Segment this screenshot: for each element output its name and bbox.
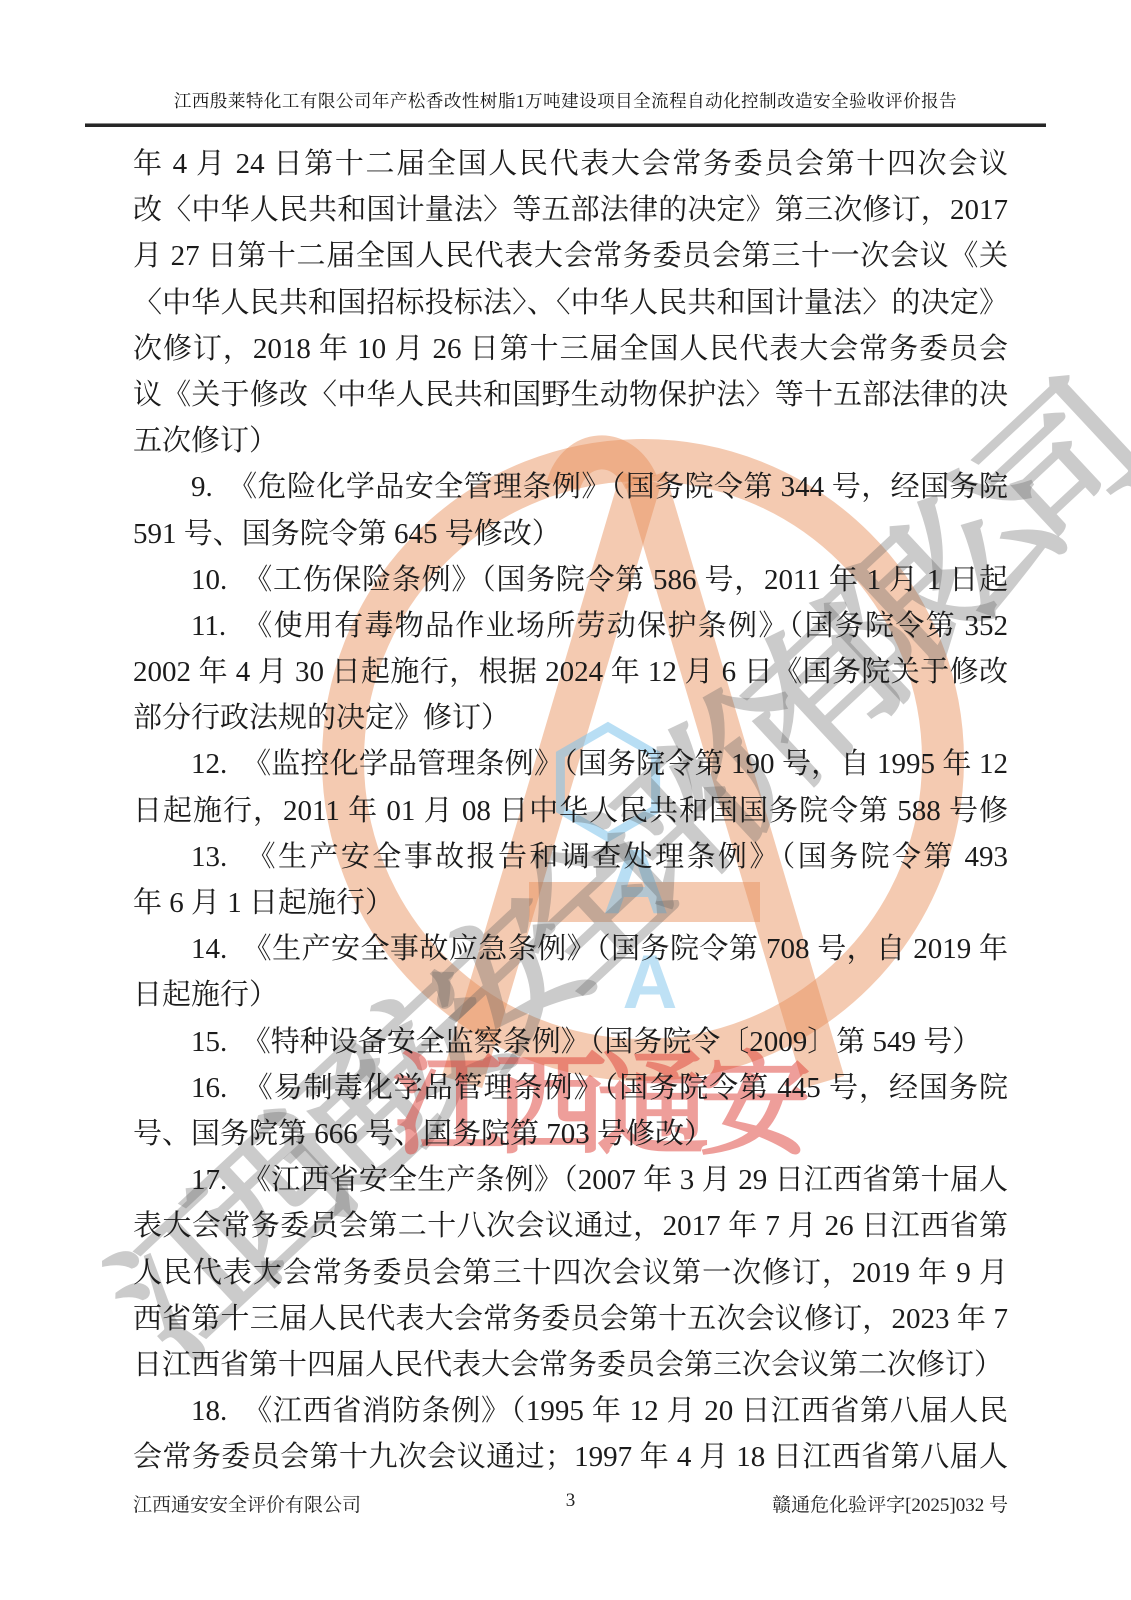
header-rule [85, 123, 1046, 127]
body-line: 日起施行，2011 年 01 月 08 日中华人民共和国国务院令第 588 号修… [133, 788, 1008, 834]
body-line: 号、国务院第 666 号、国务院第 703 号修改） [133, 1111, 1008, 1157]
body-text: 年 4 月 24 日第十二届全国人民代表大会常务委员会第十四次会议《关于修 改〈… [133, 141, 1008, 1480]
body-line: 9. 《危险化学品安全管理条例》（国务院令第 344 号，经国务院令第 [133, 464, 1008, 510]
body-line: 表大会常务委员会第二十八次会议通过，2017 年 7 月 26 日江西省第十二届 [133, 1203, 1008, 1249]
body-line: 西省第十三届人民代表大会常务委员会第十五次会议修订，2023 年 7 月 26 [133, 1296, 1008, 1342]
body-line: 改〈中华人民共和国计量法〉等五部法律的决定》第三次修订，2017 年 12 [133, 187, 1008, 233]
body-line: 2002 年 4 月 30 日起施行，根据 2024 年 12 月 6 日《国务… [133, 649, 1008, 695]
body-line: 17. 《江西省安全生产条例》（2007 年 3 月 29 日江西省第十届人民代 [133, 1157, 1008, 1203]
body-line: 议《关于修改〈中华人民共和国野生动物保护法〉等十五部法律的决定》第 [133, 372, 1008, 418]
body-line: 11. 《使用有毒物品作业场所劳动保护条例》（国务院令第 352 号，自 [133, 603, 1008, 649]
body-line: 日起施行） [133, 972, 1008, 1018]
body-line: 年 6 月 1 日起施行） [133, 880, 1008, 926]
body-line: 〈中华人民共和国招标投标法〉、〈中华人民共和国计量法〉的决定》第四 [133, 280, 1008, 326]
page-footer: 江西通安安全评价有限公司 3 赣通危化验评字[2025]032 号 [133, 1490, 1008, 1516]
body-line: 日江西省第十四届人民代表大会常务委员会第三次会议第二次修订） [133, 1342, 1008, 1388]
body-line: 年 4 月 24 日第十二届全国人民代表大会常务委员会第十四次会议《关于修 [133, 141, 1008, 187]
body-line: 16. 《易制毒化学品管理条例》（国务院令第 445 号，经国务院令第 653 [133, 1065, 1008, 1111]
body-line: 18. 《江西省消防条例》（1995 年 12 月 20 日江西省第八届人民代表… [133, 1388, 1008, 1434]
body-line: 10. 《工伤保险条例》（国务院令第 586 号，2011 年 1 月 1 日起… [133, 557, 1008, 603]
body-line: 会常务委员会第十九次会议通过；1997 年 4 月 18 日江西省第八届人民代表 [133, 1434, 1008, 1480]
body-line: 13. 《生产安全事故报告和调查处理条例》（国务院令第 493 号，自 2007 [133, 834, 1008, 880]
body-line: 月 27 日第十二届全国人民代表大会常务委员会第三十一次会议《关于修改 [133, 233, 1008, 279]
document-page: A A 江西通安安全评价有限公司 江西通安 江西殷莱特化工有限公司年产松香改性树… [0, 0, 1131, 1600]
body-line: 12. 《监控化学品管理条例》（国务院令第 190 号，自 1995 年 12 … [133, 741, 1008, 787]
body-line: 人民代表大会常务委员会第三十四次会议第一次修订，2019 年 9 月 28 日江 [133, 1250, 1008, 1296]
footer-doc-number: 赣通危化验评字[2025]032 号 [772, 1490, 1008, 1517]
body-line: 部分行政法规的决定》修订） [133, 695, 1008, 741]
body-line: 次修订，2018 年 10 月 26 日第十三届全国人民代表大会常务委员会第六次… [133, 326, 1008, 372]
header-title: 江西殷莱特化工有限公司年产松香改性树脂1万吨建设项目全流程自动化控制改造安全验收… [85, 88, 1046, 113]
body-line: 五次修订） [133, 418, 1008, 464]
body-line: 14. 《生产安全事故应急条例》（国务院令第 708 号，自 2019 年 4 … [133, 926, 1008, 972]
body-line: 15. 《特种设备安全监察条例》（国务院令〔2009〕第 549 号） [133, 1019, 1008, 1065]
body-line: 591 号、国务院令第 645 号修改） [133, 511, 1008, 557]
